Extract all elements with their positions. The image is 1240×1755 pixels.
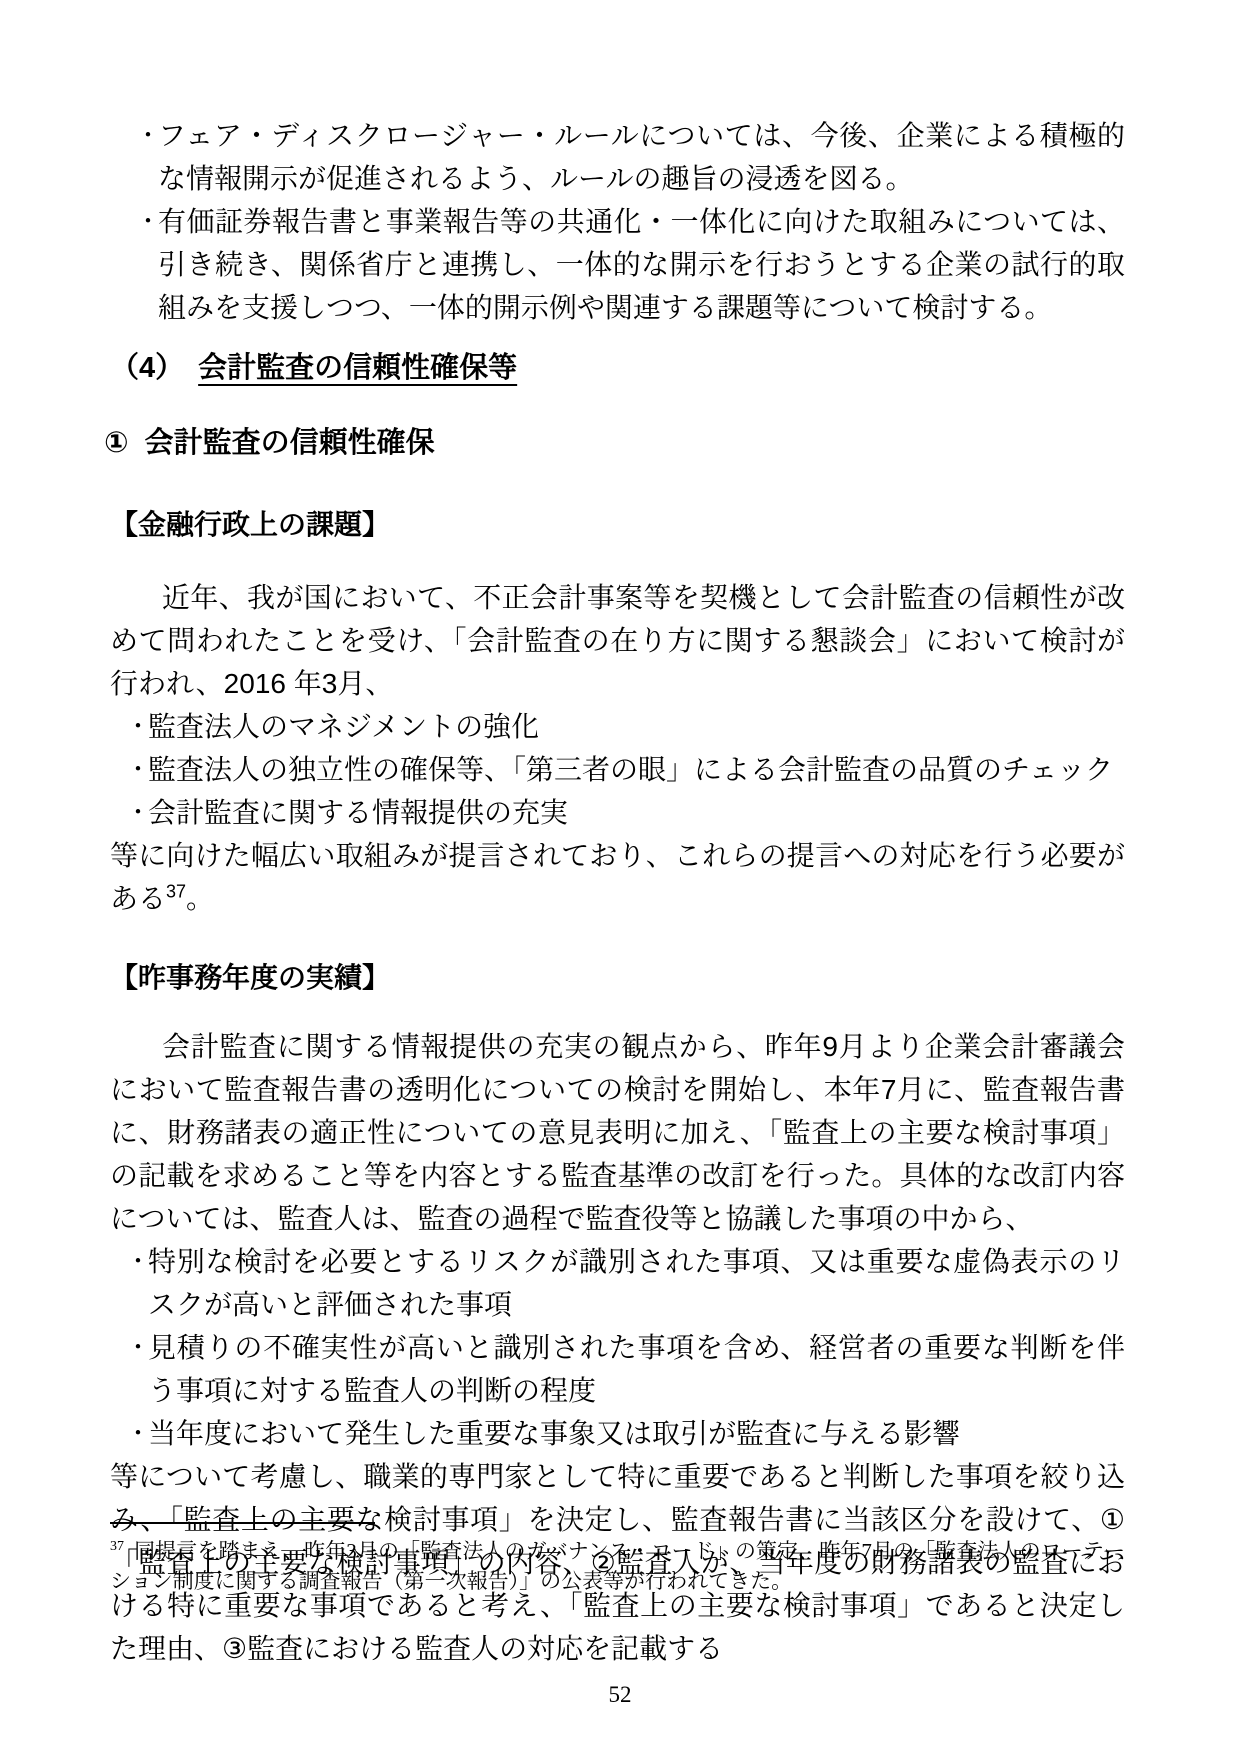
footnote-text-line: 37同提言を踏まえ、昨年3月の「監査法人のガバナンス・コード」の策定、昨年7月の…	[110, 1536, 1125, 1596]
list-item: ・ フェア・ディスクロージャー・ルールについては、今後、企業による積極的な情報開…	[110, 114, 1125, 200]
footnote-separator-rule	[110, 1522, 375, 1524]
bullet-icon: ・	[126, 1412, 150, 1455]
issues-heading: 【金融行政上の課題】	[110, 503, 1125, 546]
document-page: ・ フェア・ディスクロージャー・ルールについては、今後、企業による積極的な情報開…	[0, 0, 1240, 1755]
footnote-reference: 37	[166, 882, 186, 902]
list-item-text: 当年度において発生した重要な事象又は取引が監査に与える影響	[148, 1418, 960, 1449]
subsection-title: 会計監査の信頼性確保	[145, 427, 435, 459]
list-item: ・ 監査法人の独立性の確保等、「第三者の眼」による会計監査の品質のチェック	[110, 748, 1125, 791]
subsection-number: ①	[104, 427, 129, 459]
issues-closing: 等に向けた幅広い取組みが提言されており、これらの提言への対応を行う必要がある37…	[110, 834, 1125, 920]
bullet-icon: ・	[126, 748, 150, 791]
footnote-text: 同提言を踏まえ、昨年3月の「監査法人のガバナンス・コード」の策定、昨年7月の「監…	[110, 1539, 1125, 1593]
bullet-icon: ・	[126, 1240, 150, 1283]
list-item-text: 監査法人の独立性の確保等、「第三者の眼」による会計監査の品質のチェック	[148, 754, 1113, 785]
section-number: （4）	[110, 352, 184, 384]
subsection-heading: ①会計監査の信頼性確保	[104, 422, 1125, 465]
list-item: ・ 監査法人のマネジメントの強化	[110, 705, 1125, 748]
results-heading: 【昨事務年度の実績】	[110, 956, 1125, 999]
bullet-icon: ・	[126, 1326, 150, 1369]
issues-closing-text: 等に向けた幅広い取組みが提言されており、これらの提言への対応を行う必要がある	[110, 840, 1125, 914]
list-item: ・ 特別な検討を必要とするリスクが識別された事項、又は重要な虚偽表示のリスクが高…	[110, 1240, 1125, 1326]
results-paragraph: 会計監査に関する情報提供の充実の観点から、昨年9月より企業会計審議会において監査…	[110, 1025, 1125, 1240]
page-number: 52	[0, 1682, 1240, 1708]
list-item-text: 会計監査に関する情報提供の充実	[148, 797, 568, 828]
section-title: 会計監査の信頼性確保等	[198, 352, 517, 384]
bullet-icon: ・	[136, 200, 160, 243]
bullet-icon: ・	[126, 791, 150, 834]
footnote-marker: 37	[110, 1539, 124, 1554]
list-item: ・ 当年度において発生した重要な事象又は取引が監査に与える影響	[110, 1412, 1125, 1455]
intro-bullet-list: ・ フェア・ディスクロージャー・ルールについては、今後、企業による積極的な情報開…	[110, 114, 1125, 329]
bullet-icon: ・	[136, 114, 160, 157]
issues-block: 近年、我が国において、不正会計事案等を契機として会計監査の信頼性が改めて問われた…	[110, 576, 1125, 920]
list-item: ・ 会計監査に関する情報提供の充実	[110, 791, 1125, 834]
footnote: 37同提言を踏まえ、昨年3月の「監査法人のガバナンス・コード」の策定、昨年7月の…	[110, 1522, 1125, 1596]
list-item-text: フェア・ディスクロージャー・ルールについては、今後、企業による積極的な情報開示が…	[158, 120, 1125, 194]
section-heading: （4）会計監査の信頼性確保等	[110, 347, 1125, 390]
issues-closing-period: 。	[186, 883, 214, 914]
list-item-text: 有価証券報告書と事業報告等の共通化・一体化に向けた取組みについては、引き続き、関…	[158, 206, 1125, 323]
list-item-text: 特別な検討を必要とするリスクが識別された事項、又は重要な虚偽表示のリスクが高いと…	[148, 1246, 1125, 1320]
list-item-text: 監査法人のマネジメントの強化	[148, 711, 539, 742]
list-item-text: 見積りの不確実性が高いと識別された事項を含め、経営者の重要な判断を伴う事項に対す…	[148, 1332, 1125, 1406]
bullet-icon: ・	[126, 705, 150, 748]
issues-paragraph: 近年、我が国において、不正会計事案等を契機として会計監査の信頼性が改めて問われた…	[110, 576, 1125, 705]
list-item: ・ 見積りの不確実性が高いと識別された事項を含め、経営者の重要な判断を伴う事項に…	[110, 1326, 1125, 1412]
list-item: ・ 有価証券報告書と事業報告等の共通化・一体化に向けた取組みについては、引き続き…	[110, 200, 1125, 329]
